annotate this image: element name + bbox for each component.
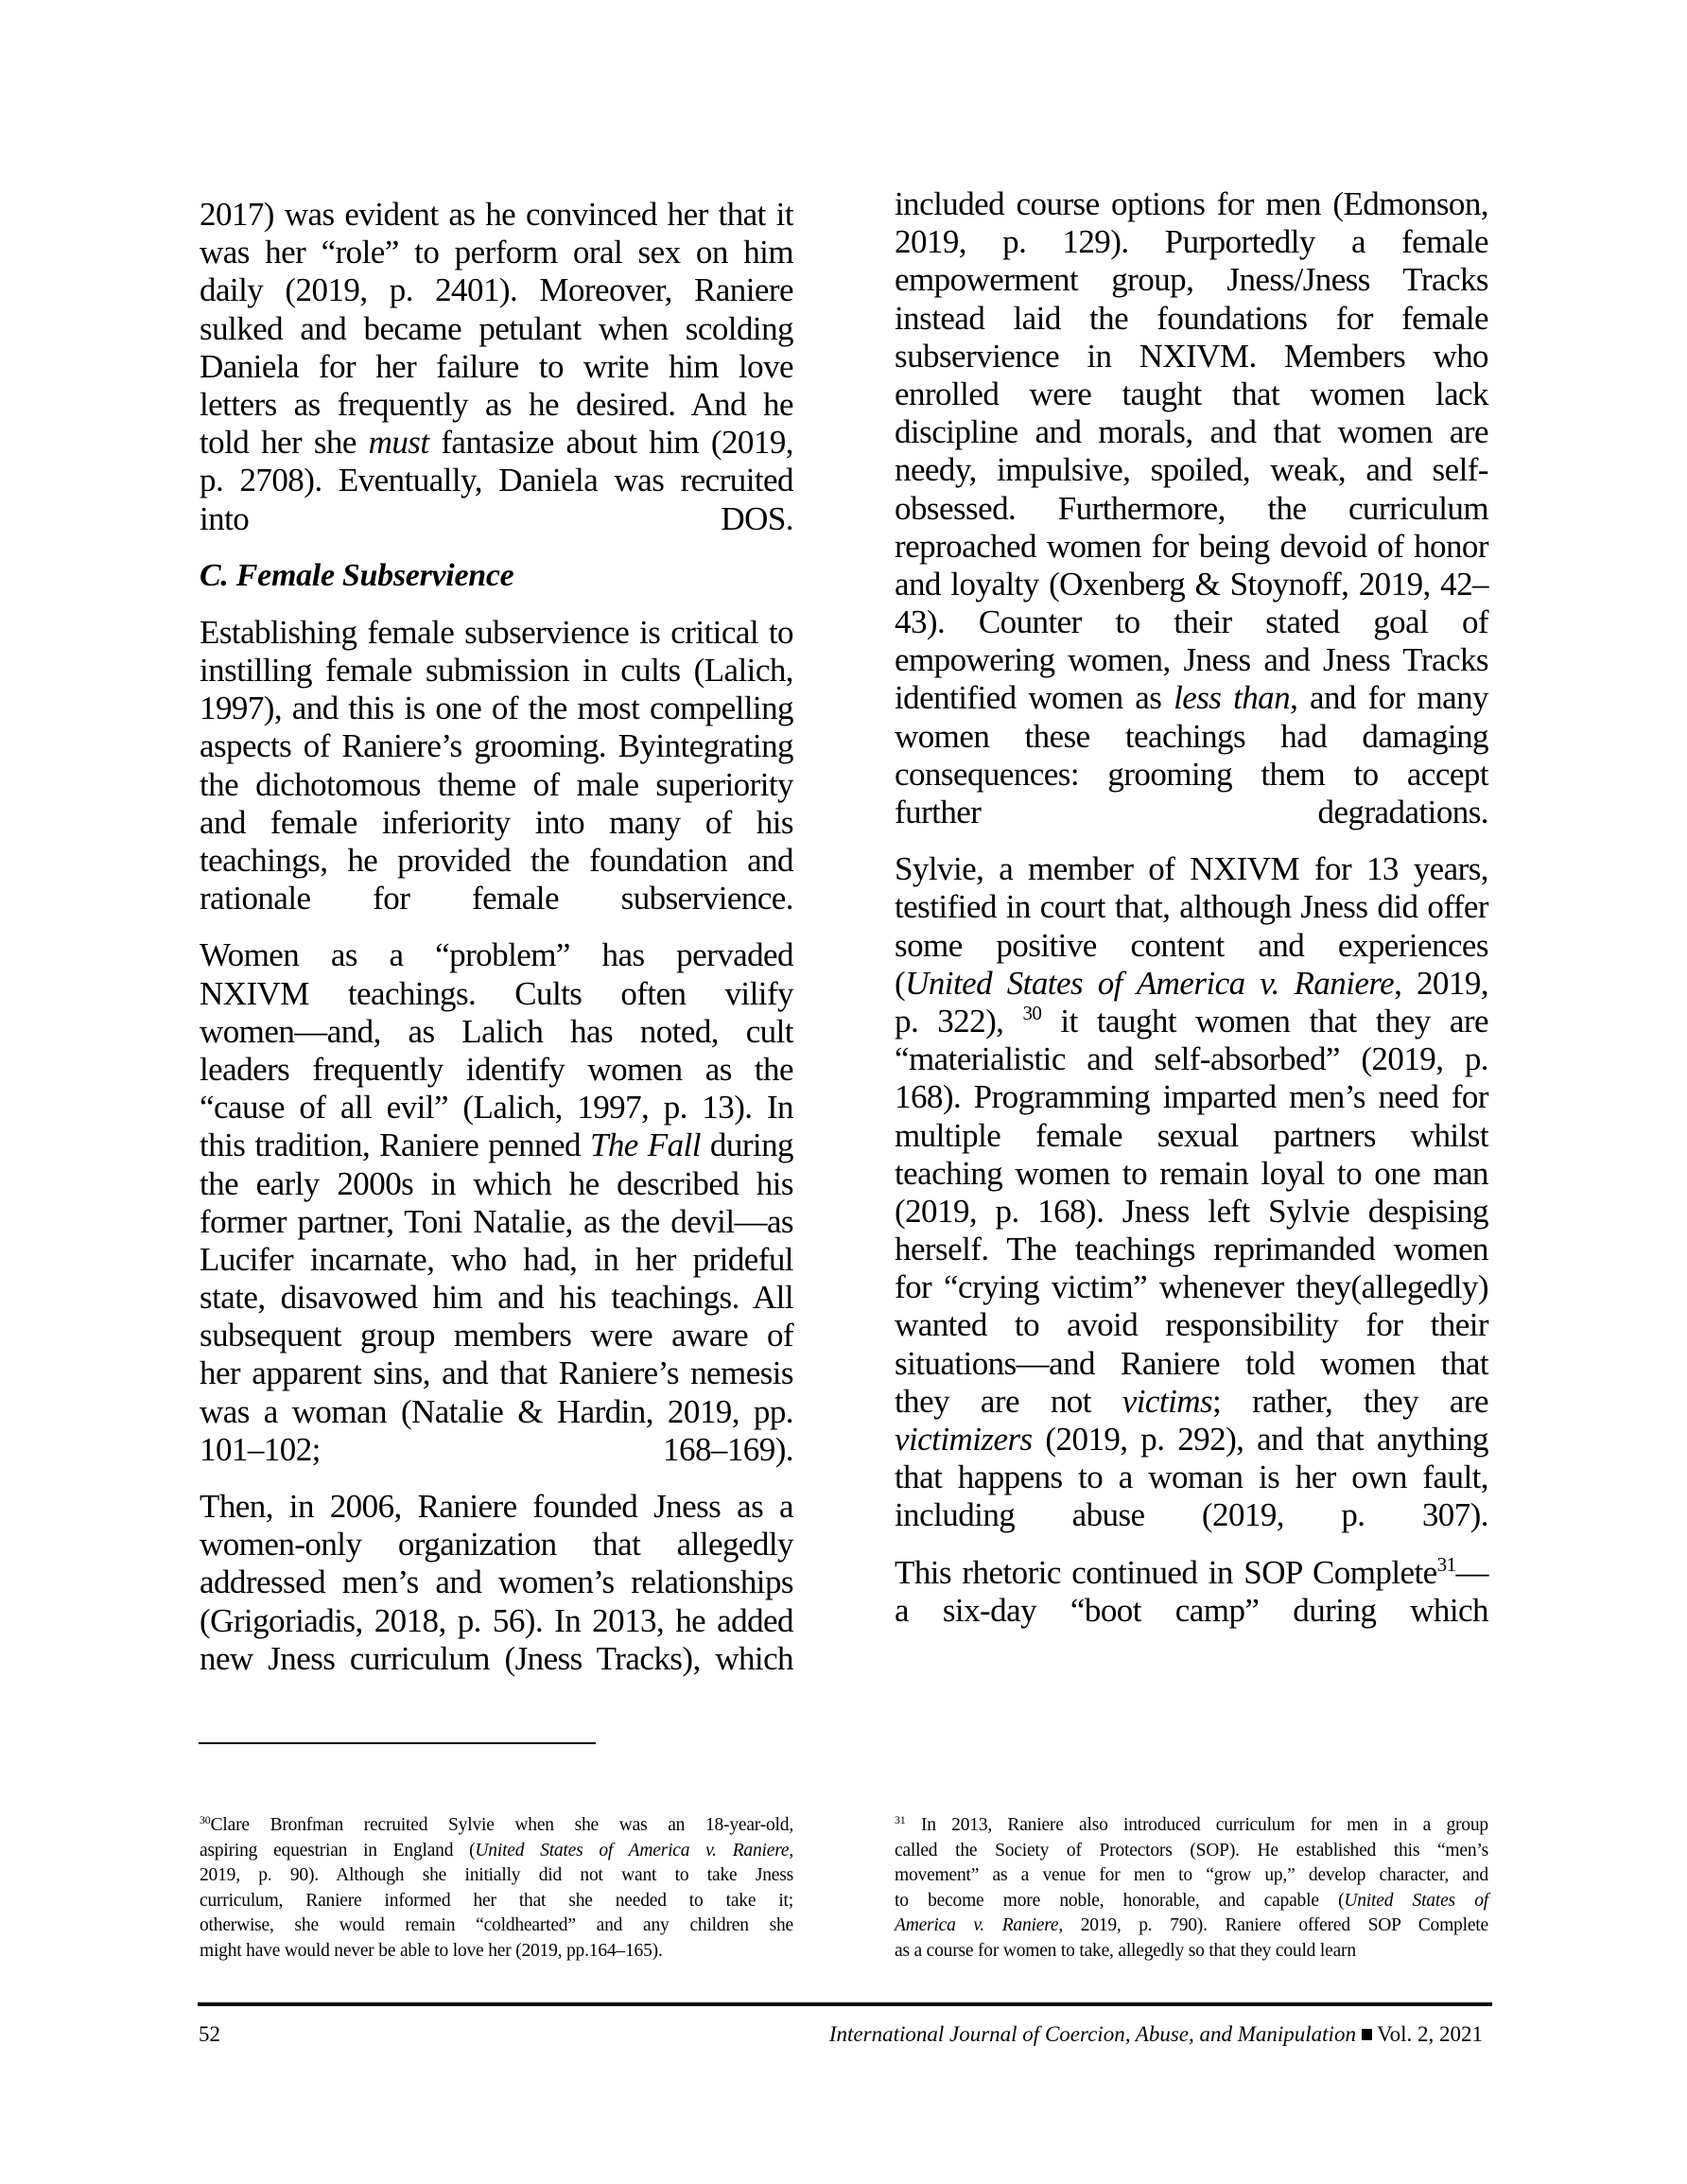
text-line: (United States of America v. Raniere, 20…	[895, 965, 1488, 1003]
text-line: identified women as less than, and for m…	[895, 679, 1488, 717]
footnote-line: curriculum, Raniere informed her that sh…	[200, 1889, 793, 1914]
text-line: Then, in 2006, Raniere founded Jness as …	[200, 1488, 793, 1526]
text-line: herself. The teachings reprimanded women	[895, 1231, 1488, 1268]
text-line: subsequent group members were aware of	[200, 1317, 793, 1354]
text-line: women-only organization that allegedly	[200, 1526, 793, 1564]
text-line: enrolled were taught that women lack	[895, 376, 1488, 413]
text-line: 43). Counter to their stated goal of	[895, 603, 1488, 641]
text-line: p. 322), 30 it taught women that they ar…	[895, 1003, 1488, 1040]
text-line: sulked and became petulant when scolding	[200, 310, 793, 348]
footnote-reference[interactable]: 31	[1437, 1553, 1456, 1576]
section-heading: C. Female Subservience	[200, 557, 793, 595]
text-line: Daniela for her failure to write him lov…	[200, 348, 793, 386]
text-line: the early 2000s in which he described hi…	[200, 1165, 793, 1203]
text-line: p. 2708). Eventually, Daniela was recrui…	[200, 462, 793, 499]
text-line: aspects of Raniere’s grooming. Byintegra…	[200, 727, 793, 765]
text-line: “materialistic and self-absorbed” (2019,…	[895, 1040, 1488, 1078]
text-line: (Grigoriadis, 2018, p. 56). In 2013, he …	[200, 1602, 793, 1640]
text-line: 2019, p. 129). Purportedly a female	[895, 223, 1488, 261]
text-line: was her “role” to perform oral sex on hi…	[200, 234, 793, 271]
text-line: obsessed. Furthermore, the curriculum	[895, 490, 1488, 528]
text-line: discipline and morals, and that women ar…	[895, 413, 1488, 451]
text-line: situations—and Raniere told women that	[895, 1345, 1488, 1383]
text-line: Establishing female subservience is crit…	[200, 614, 793, 652]
text-line: instead laid the foundations for female	[895, 300, 1488, 338]
right-column: included course options for men (Edmonso…	[895, 185, 1488, 1649]
text-line: they are not victims; rather, they are	[895, 1383, 1488, 1421]
text-line: empowerment group, Jness/Jness Tracks	[895, 261, 1488, 299]
text-line: state, disavowed him and his teachings. …	[200, 1279, 793, 1317]
text-line: included course options for men (Edmonso…	[895, 185, 1488, 223]
italic-text: victimizers	[895, 1421, 1033, 1458]
text-line: (2019, p. 168). Jness left Sylvie despis…	[895, 1193, 1488, 1231]
text-line: teachings, he provided the foundation an…	[200, 842, 793, 880]
text-line: empowering women, Jness and Jness Tracks	[895, 641, 1488, 679]
text-line: new Jness curriculum (Jness Tracks), whi…	[200, 1640, 793, 1678]
text-line: her apparent sins, and that Raniere’s ne…	[200, 1354, 793, 1392]
footnote-number: 30	[200, 1813, 211, 1826]
text-line: daily (2019, p. 2401). Moreover, Raniere	[200, 271, 793, 309]
text-line: into DOS.	[200, 500, 793, 538]
paragraph-women-problem: Women as a “problem” has pervadedNXIVM t…	[200, 936, 793, 1469]
page-number: 52	[199, 2022, 220, 2047]
footnote-line: America v. Raniere, 2019, p. 790). Ranie…	[895, 1913, 1488, 1939]
text-line: leaders frequently identify women as the	[200, 1051, 793, 1089]
text-line: former partner, Toni Natalie, as the dev…	[200, 1203, 793, 1241]
text-line: this tradition, Raniere penned The Fall …	[200, 1127, 793, 1164]
paragraph-daniela: 2017) was evident as he convinced her th…	[200, 196, 793, 538]
footnote-line: to become more noble, honorable, and cap…	[895, 1889, 1488, 1914]
text-line: rationale for female subservience.	[200, 880, 793, 917]
text-line: 168). Programming imparted men’s need fo…	[895, 1078, 1488, 1116]
text-line: a six-day “boot camp” during which	[895, 1592, 1488, 1630]
paragraph-sop-complete: This rhetoric continued in SOP Complete3…	[895, 1554, 1488, 1630]
paragraph-sylvie: Sylvie, a member of NXIVM for 13 years,t…	[895, 850, 1488, 1534]
italic-text: The Fall	[590, 1127, 701, 1163]
footnote-line: 2019, p. 90). Although she initially did…	[200, 1863, 793, 1889]
text-line: 101–102; 168–169).	[200, 1431, 793, 1469]
footnote-30: 30Clare Bronfman recruited Sylvie when s…	[200, 1813, 793, 1965]
text-line: 1997), and this is one of the most compe…	[200, 690, 793, 727]
text-line: Lucifer incarnate, who had, in her pride…	[200, 1241, 793, 1279]
text-line: and loyalty (Oxenberg & Stoynoff, 2019, …	[895, 566, 1488, 603]
footnote-separator	[199, 1742, 596, 1744]
footnote-line: called the Society of Protectors (SOP). …	[895, 1839, 1488, 1864]
footnote-line: might have would never be able to love h…	[200, 1939, 793, 1965]
footnote-line: aspiring equestrian in England (United S…	[200, 1839, 793, 1864]
journal-title: International Journal of Coercion, Abuse…	[829, 2022, 1356, 2046]
text-line: was a woman (Natalie & Hardin, 2019, pp.	[200, 1393, 793, 1431]
text-line: “cause of all evil” (Lalich, 1997, p. 13…	[200, 1089, 793, 1127]
text-line: needy, impulsive, spoiled, weak, and sel…	[895, 451, 1488, 489]
text-line: further degradations.	[895, 794, 1488, 831]
italic-text: America v. Raniere	[895, 1915, 1058, 1935]
text-line: for “crying victim” whenever they(allege…	[895, 1268, 1488, 1306]
text-line: the dichotomous theme of male superiorit…	[200, 766, 793, 804]
square-separator-icon	[1362, 2029, 1372, 2040]
text-line: teaching women to remain loyal to one ma…	[895, 1155, 1488, 1193]
footnote-line: movement” as a venue for men to “grow up…	[895, 1863, 1488, 1889]
italic-text: United States of America v. Raniere	[905, 965, 1394, 1002]
italic-text: victims	[1122, 1383, 1212, 1420]
text-line: multiple female sexual partners whilst	[895, 1117, 1488, 1155]
text-line: NXIVM teachings. Cults often vilify	[200, 975, 793, 1013]
footnote-line: otherwise, she would remain “coldhearted…	[200, 1913, 793, 1939]
text-line: 2017) was evident as he convinced her th…	[200, 196, 793, 234]
footnote-line: as a course for women to take, allegedly…	[895, 1939, 1488, 1965]
text-line: that happens to a woman is her own fault…	[895, 1459, 1488, 1496]
left-column: 2017) was evident as he convinced her th…	[200, 196, 793, 1697]
text-line: wanted to avoid responsibility for their	[895, 1306, 1488, 1344]
italic-text: United States of America v. Raniere	[475, 1841, 789, 1861]
text-line: some positive content and experiences	[895, 927, 1488, 965]
footer-rule	[198, 2002, 1492, 2006]
text-line: Women as a “problem” has pervaded	[200, 936, 793, 974]
italic-text: United States of	[1344, 1891, 1488, 1911]
text-line: including abuse (2019, p. 307).	[895, 1496, 1488, 1534]
italic-text: must	[369, 424, 429, 461]
text-line: addressed men’s and women’s relationship…	[200, 1564, 793, 1601]
text-line: and female inferiority into many of his	[200, 804, 793, 842]
text-line: told her she must fantasize about him (2…	[200, 424, 793, 462]
journal-volume: Vol. 2, 2021	[1377, 2022, 1483, 2046]
footnote-number: 31	[895, 1813, 906, 1826]
paragraph-establishing: Establishing female subservience is crit…	[200, 614, 793, 918]
text-line: reproached women for being devoid of hon…	[895, 528, 1488, 566]
text-line: consequences: grooming them to accept	[895, 756, 1488, 794]
footnote-31: 31 In 2013, Raniere also introduced curr…	[895, 1813, 1488, 1965]
italic-text: less than	[1174, 679, 1290, 716]
footnote-line: 30Clare Bronfman recruited Sylvie when s…	[200, 1813, 793, 1839]
footnote-reference[interactable]: 30	[1022, 1002, 1041, 1024]
text-line: women these teachings had damaging	[895, 718, 1488, 756]
text-line: This rhetoric continued in SOP Complete3…	[895, 1554, 1488, 1592]
text-line: Sylvie, a member of NXIVM for 13 years,	[895, 850, 1488, 888]
text-line: subservience in NXIVM. Members who	[895, 338, 1488, 376]
paragraph-jness-tracks: included course options for men (Edmonso…	[895, 185, 1488, 831]
paragraph-jness-founding: Then, in 2006, Raniere founded Jness as …	[200, 1488, 793, 1678]
text-line: women—and, as Lalich has noted, cult	[200, 1013, 793, 1051]
text-line: letters as frequently as he desired. And…	[200, 386, 793, 424]
text-line: victimizers (2019, p. 292), and that any…	[895, 1421, 1488, 1459]
text-line: testified in court that, although Jness …	[895, 888, 1488, 926]
footer-journal-citation: International Journal of Coercion, Abuse…	[829, 2022, 1483, 2047]
text-line: instilling female submission in cults (L…	[200, 652, 793, 690]
footnote-line: 31 In 2013, Raniere also introduced curr…	[895, 1813, 1488, 1839]
